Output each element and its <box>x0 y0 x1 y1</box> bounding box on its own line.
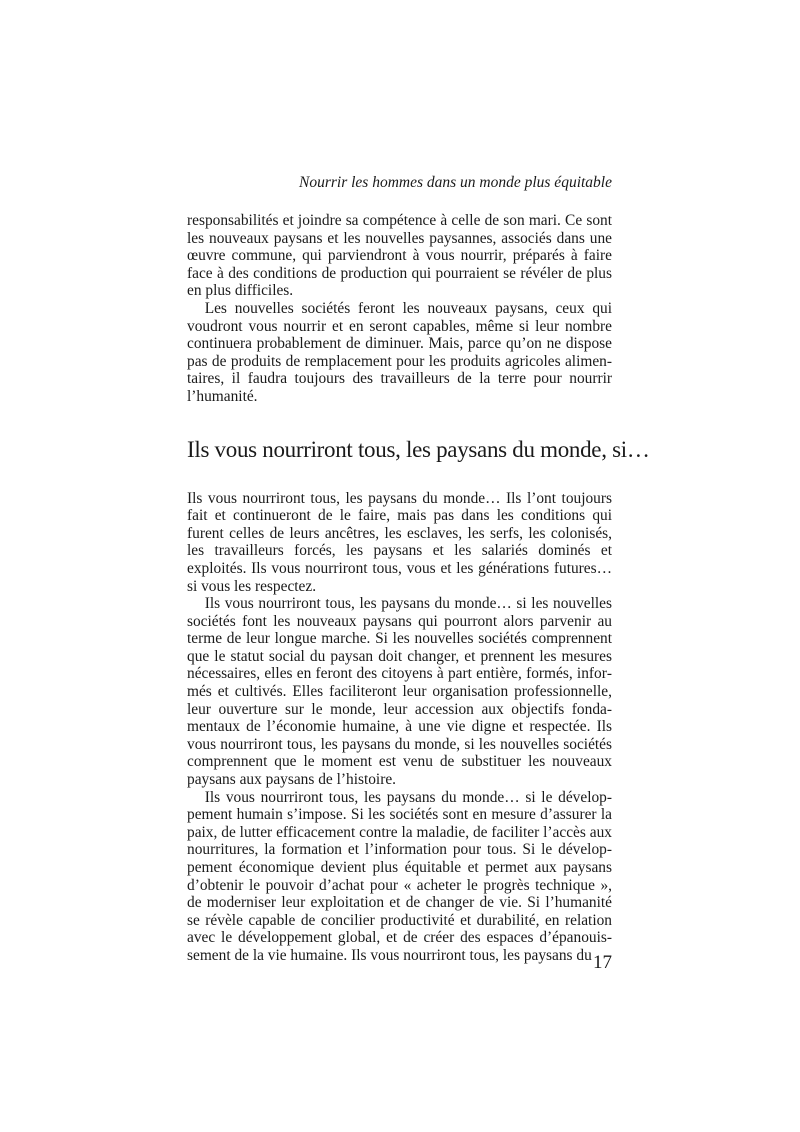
paragraph: Les nouvelles sociétés feront les nouvea… <box>187 300 612 406</box>
running-head: Nourrir les hommes dans un monde plus éq… <box>299 174 612 192</box>
page-body: responsabilités et joindre sa compétence… <box>187 212 612 965</box>
page-number: 17 <box>593 952 612 974</box>
paragraph: Ils vous nourriront tous, les paysans du… <box>187 789 612 965</box>
paragraph: responsabilités et joindre sa compétence… <box>187 212 612 300</box>
paragraph: Ils vous nourriront tous, les paysans du… <box>187 595 612 789</box>
section-heading: Ils vous nourriront tous, les paysans du… <box>187 437 612 463</box>
paragraph: Ils vous nourriront tous, les paysans du… <box>187 490 612 596</box>
